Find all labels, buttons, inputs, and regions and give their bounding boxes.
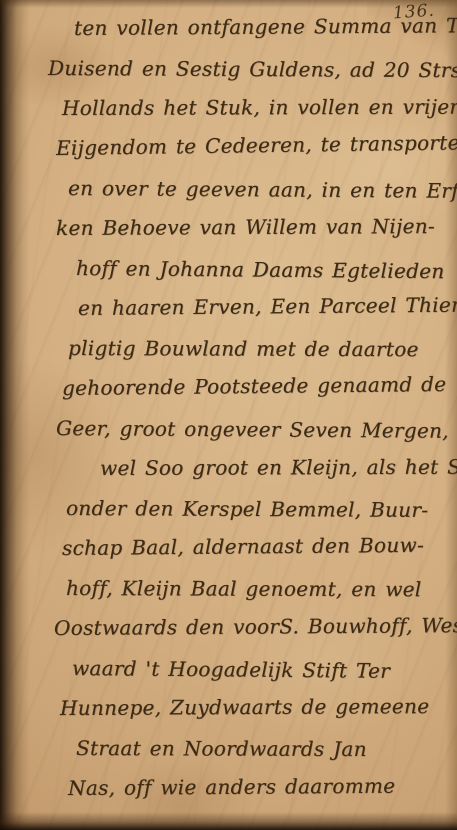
manuscript-line: Geer, groot ongeveer Seven Mergen, off bbox=[56, 408, 449, 451]
manuscript-line: onder den Kerspel Bemmel, Buur- bbox=[66, 488, 449, 530]
manuscript-line: en over te geeven aan, in en ten Erflij- bbox=[68, 168, 449, 211]
manuscript-line: Duisend en Sestig Guldens, ad 20 Strs bbox=[48, 48, 449, 90]
manuscript-photo: 136. ten vollen ontfangene Summa van Twe… bbox=[0, 0, 457, 830]
manuscript-line: Eijgendom te Cedeeren, te transporteeren bbox=[56, 123, 450, 168]
manuscript-line: ten vollen ontfangene Summa van Twee bbox=[74, 5, 449, 48]
manuscript-line: pligtig Bouwland met de daartoe bbox=[68, 328, 449, 369]
manuscript-line: schap Baal, aldernaast den Bouw- bbox=[62, 525, 449, 568]
manuscript-text-block: ten vollen ontfangene Summa van Twee Dui… bbox=[48, 8, 449, 808]
manuscript-line: wel Soo groot en Kleijn, als het Selve bbox=[100, 447, 449, 488]
page-bottom-shadow bbox=[0, 812, 457, 830]
manuscript-line: Straat en Noordwaards Jan bbox=[76, 728, 449, 769]
manuscript-line: Oostwaards den voorS. Bouwhoff, West- bbox=[54, 605, 449, 648]
manuscript-line: Nas, off wie anders daaromme bbox=[68, 765, 449, 808]
manuscript-line: waard 't Hoogadelijk Stift Ter bbox=[72, 648, 449, 691]
manuscript-line: Hunnepe, Zuydwaarts de gemeene bbox=[60, 686, 449, 728]
manuscript-line: gehoorende Pootsteede genaamd de bbox=[62, 364, 449, 408]
manuscript-line: ken Behoeve van Willem van Nijen- bbox=[56, 206, 449, 248]
book-gutter-shadow bbox=[0, 0, 30, 830]
manuscript-line: Hollands het Stuk, in vollen en vrijen bbox=[62, 87, 449, 128]
manuscript-line: hoff, Kleijn Baal genoemt, en wel bbox=[66, 568, 449, 609]
manuscript-line: en haaren Erven, Een Parceel Thiend- bbox=[78, 285, 449, 328]
